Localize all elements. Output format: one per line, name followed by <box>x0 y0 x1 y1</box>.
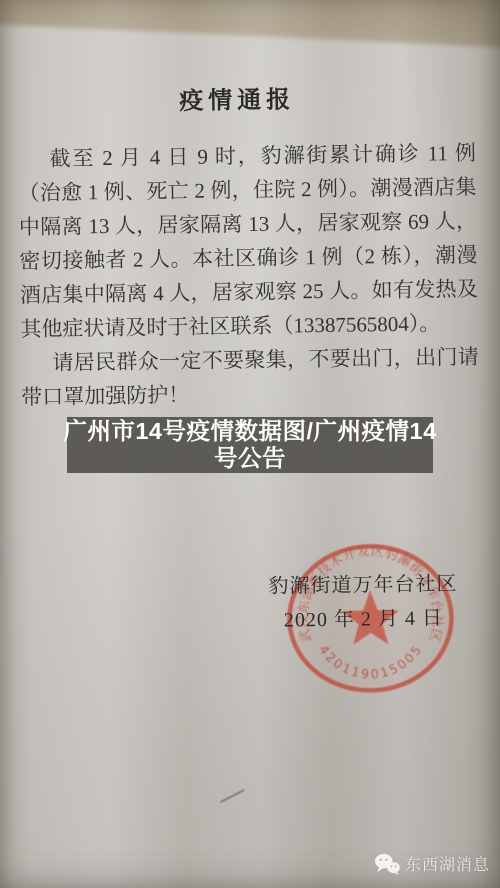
watermark: 东西湖消息 <box>374 852 490 875</box>
date-line: 2020 年 2 月 4 日 <box>243 601 483 633</box>
watermark-label: 东西湖消息 <box>405 852 490 875</box>
caption-line-2: 号公告 <box>214 445 286 473</box>
notice-paragraph-2: 请居民群众一定不要聚集，不要出门，出门请带口罩加强防护！ <box>21 340 480 414</box>
wechat-icon <box>374 853 400 875</box>
caption-overlay: 广州市14号疫情数据图/广州疫情14 号公告 <box>67 417 433 473</box>
caption-line-1: 广州市14号疫情数据图/广州疫情14 <box>63 418 436 446</box>
notice-body: 截至 2 月 4 日 9 时，豹澥街累计确诊 11 例（治愈 1 例、死亡 2 … <box>18 136 480 414</box>
notice-title: 疫情通报 <box>0 77 479 119</box>
signature-line: 豹澥街道万年台社区 <box>243 567 483 599</box>
notice-paragraph-1: 截至 2 月 4 日 9 时，豹澥街累计确诊 11 例（治愈 1 例、死亡 2 … <box>18 136 479 346</box>
